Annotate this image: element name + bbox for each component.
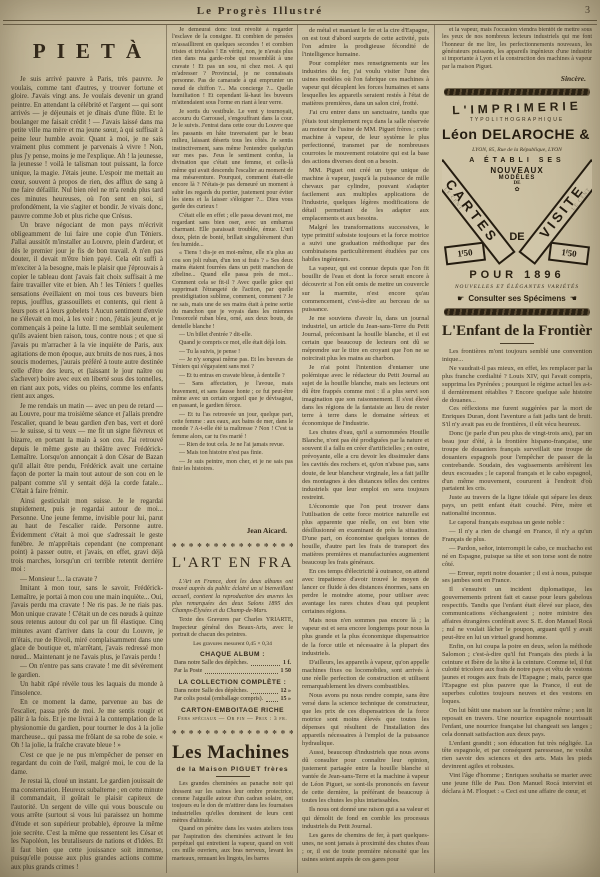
paragraph: — Mais ton histoire n'est pas finie. <box>172 450 293 457</box>
paragraph: Les chutes d'eau, qu'il a surnommées Hou… <box>302 429 429 501</box>
article-title-machines: Les Machines à Vapeur <box>172 742 293 764</box>
paragraph: MM. Piguet ont créé un type unique de ma… <box>302 167 429 223</box>
pieta-continuation: Je demeurai donc tout révolté à regarder… <box>172 27 293 523</box>
engravings-size-note: Les gravures mesurent 0,45 × 0,34 <box>172 641 293 647</box>
machines-conclusion: et la vapeur, mais l'occasion viendra bi… <box>442 27 592 71</box>
paragraph: « Tiens ! dis-je en moi-même, elle n'a p… <box>172 250 293 331</box>
masthead-title: Le Progrès Illustré <box>120 5 400 17</box>
paragraph: Aussi, beaucoup d'industriels que nous a… <box>302 749 429 805</box>
paragraph: Je demeurai donc tout révolté à regarder… <box>172 27 293 108</box>
paragraph: La vapeur, qui est connue depuis que l'o… <box>302 265 429 313</box>
art-en-france-body: L'Art en France, dont les deux albums on… <box>172 579 293 639</box>
ornament-divider: ✻ ✻ ✻ ✻ ✻ ✻ ✻ ✻ ✻ ✻ ✻ ✻ ✻ ✻ ✻ ✻ ✻ ✻ <box>172 543 293 549</box>
ad-company-name: Léon DELAROCHE & Cⁱᵉ <box>442 126 592 143</box>
paragraph: de métal et maniant le fer et la cire d'… <box>302 27 429 59</box>
section-title-art-en-france: L'ART EN FRANCE <box>172 555 293 572</box>
paragraph: — Tu la suivis, je pense ! <box>172 349 293 356</box>
paragraph: Quand je compris ce mot, elle était déjà… <box>172 340 293 347</box>
ad-imprimerie-title: L'IMPRIMERIE <box>442 98 592 117</box>
ad-varietes: NOUVELLES ET ÉLÉGANTES VARIÉTÉS <box>442 284 592 290</box>
paragraph: — Je n'y songeai même pas. Et les buveur… <box>172 357 293 372</box>
paragraph: Quand on pénètre dans les vastes atelier… <box>172 826 293 863</box>
paragraph: Imitant à mon tour, sans le savoir, Fréd… <box>11 585 163 662</box>
cartes-de-vertex: DE <box>509 231 524 243</box>
newspaper-page: Le Progrès Illustré 3 PIETÀ Je suis arri… <box>0 0 600 877</box>
column-2: Je demeurai donc tout révolté à regarder… <box>172 27 293 875</box>
paragraph: Un habit râpé révèle tous les laquais du… <box>11 681 163 698</box>
price-tag-left: 1ᶠ50 <box>444 242 486 266</box>
paragraph: Ainsi gesticulait mon suisse. Je le rega… <box>11 498 163 575</box>
paragraph: J'ai cru entrer dans un sanctuaire, tand… <box>302 109 429 165</box>
price-table-album: Dans notre Salle des dépêches.1 f.Par la… <box>172 660 293 675</box>
paragraph: Mais nous n'en sommes pas encore là ; la… <box>302 617 429 657</box>
printer-ad: L'IMPRIMERIE TYPOLITHOGRAPHIQUE Léon DEL… <box>442 101 592 303</box>
article-title-enfant-frontiere: L'Enfant de la Frontière <box>442 323 592 340</box>
paragraph: — Je suis peintre, mon cher, et je ne sa… <box>172 459 293 474</box>
paragraph: L'Art en France, dont les deux albums on… <box>172 579 293 615</box>
paragraph: — Sans affectation, je l'avoue, mais bra… <box>172 381 293 410</box>
article-title-pieta: PIETÀ <box>11 39 163 64</box>
ad-consulter-row: ☛ Consulter ses Spécimens ☚ <box>442 294 592 303</box>
paragraph: et la vapeur, mais l'occasion viendra bi… <box>442 27 592 71</box>
braid-divider <box>444 309 590 315</box>
paragraph: Ne vaudrait-il pas mieux, en effet, les … <box>442 365 592 405</box>
paragraph: Je me rendais un matin — avec un peu de … <box>11 403 163 497</box>
price-row: Par colis postal (emballage compris).15 … <box>174 696 291 704</box>
paragraph: Malgré les transformations successives, … <box>302 224 429 264</box>
paragraph: — Monsieur !... la cravate ? <box>11 576 163 585</box>
paragraph: — Et tu l'as retrouvée un jour, quelque … <box>172 412 293 441</box>
carton-heading: CARTON-EMBOITAGE RICHE <box>172 707 293 714</box>
paragraph: Ces réflexions me furent suggérées par l… <box>442 405 592 429</box>
paragraph: Donc (je parle d'un peu plus de vingt-tr… <box>442 430 592 493</box>
paragraph: En ce moment la dame, parvenue au bas de… <box>11 699 163 750</box>
paragraph: L'enfant grandit ; son éducation fut trè… <box>442 740 592 772</box>
machines-intro: Les grandes cheminées au panache noir qu… <box>172 781 293 863</box>
cartes-de-visite-art: NOUVEAUX MODÈLES DE ✿ LE CENT LE CENT CA… <box>442 167 592 264</box>
paragraph: L'économie que l'on peut trouver dans l'… <box>302 503 429 567</box>
machines-subtitle: de la Maison PIGUET frères <box>172 766 293 773</box>
price-table-collection: Dans notre Salle des dépêches.12 »Par co… <box>172 688 293 703</box>
ad-pour-1896: POUR 1896 <box>442 269 592 281</box>
paragraph: — Et tu entras en cravate bleue, à dente… <box>172 373 293 380</box>
paragraph: Enfin, on lui coupa la poire en deux, se… <box>442 643 592 706</box>
masthead-rule <box>3 20 597 25</box>
paragraph: On lui bâtit une maison sur la frontière… <box>442 707 592 739</box>
price-row: Par la Poste1 50 <box>174 668 291 676</box>
paragraph: Je restai là, cloué un instant. Le gardi… <box>11 778 163 872</box>
paragraph: — On n'entre pas sans cravate ! me dit s… <box>11 663 163 680</box>
paragraph: D'ailleurs, les appareils à vapeur, qu'o… <box>302 659 429 691</box>
serial-body: Les frontières m'ont toujours semblé une… <box>442 348 592 796</box>
paragraph: Je n'ai point l'intention d'entamer une … <box>302 364 429 428</box>
paragraph: Je me souviens d'avoir lu, dans un journ… <box>302 315 429 363</box>
column-rule <box>297 25 298 873</box>
divider <box>216 776 250 777</box>
pointing-hand-left-icon: ☚ <box>570 294 577 303</box>
column-4: et la vapeur, mais l'occasion viendra bi… <box>442 27 592 875</box>
paragraph: Les grandes cheminées au panache noir qu… <box>172 781 293 825</box>
paragraph: Les gares de chemins de fer, à part quel… <box>302 832 429 864</box>
column-3: de métal et maniant le fer et la cire d'… <box>302 27 429 875</box>
ad-address: LYON, 85, Rue de la République, LYON <box>442 147 592 153</box>
paragraph: Pour compléter mes renseignements sur le… <box>302 60 429 108</box>
pointing-hand-right-icon: ☛ <box>457 294 464 303</box>
price-tag-right: 1ᶠ50 <box>548 242 590 266</box>
braid-divider <box>444 89 590 95</box>
machines-body: de métal et maniant le fer et la cire d'… <box>302 27 429 864</box>
paragraph: — Un billet d'entrée ? dit-elle. <box>172 332 293 339</box>
paragraph: C'est ce que je ne pus m'empêcher de pen… <box>11 752 163 778</box>
column-1: PIETÀ Je suis arrivé pauvre à Paris, trè… <box>11 27 163 875</box>
cartes-center-block: NOUVEAUX MODÈLES DE ✿ <box>442 166 592 193</box>
paragraph: C'était elle en effet ; elle passa devan… <box>172 213 293 250</box>
paragraph: Il s'ensuivit un incident diplomatique, … <box>442 586 592 641</box>
cartes-nouveaux: NOUVEAUX <box>442 166 592 175</box>
paragraph: Je suis arrivé pauvre à Paris, très pauv… <box>11 76 163 221</box>
column-rule <box>166 25 167 873</box>
price-row: Dans notre Salle des dépêches.1 f. <box>174 660 291 668</box>
paragraph: Les frontières m'ont toujours semblé une… <box>442 348 592 364</box>
floret-icon: ✿ <box>442 186 592 193</box>
price-row: Dans notre Salle des dépêches.12 » <box>174 688 291 696</box>
paragraph: Le caporal français esquissa un geste no… <box>442 519 592 527</box>
ad-typolithographique: TYPOLITHOGRAPHIQUE <box>442 117 592 123</box>
paragraph: Un brave négociant de mon pays m'écrivit… <box>11 222 163 401</box>
ornament-divider: ✻ ✻ ✻ ✻ ✻ ✻ ✻ ✻ ✻ ✻ ✻ ✻ ✻ ✻ ✻ ✻ ✻ ✻ <box>172 730 293 736</box>
price-heading-album: CHAQUE ALBUM : <box>172 651 293 658</box>
divider <box>500 343 534 344</box>
pieta-body: Je suis arrivé pauvre à Paris, très pauv… <box>11 76 163 872</box>
author-signature: Jean Aicard. <box>172 526 287 535</box>
paragraph: En ces temps d'électricité à outrance, o… <box>302 568 429 616</box>
paragraph: Nous avons pu nous rendre compte, sans ê… <box>302 692 429 748</box>
paragraph: — Pardon, señor, interrompit le cabo, ce… <box>442 545 592 569</box>
ad-etabli-ses: A ÉTABLI SES <box>442 157 592 164</box>
ad-consulter-text: Consulter ses Spécimens <box>468 294 565 303</box>
paragraph: Je sortis du vestibule. Le vent y tourno… <box>172 109 293 212</box>
paragraph: Texte des Gravures par Charles YRIARTE, … <box>172 617 293 639</box>
paragraph: — Il n'y a rien de changé en France, il … <box>442 528 592 544</box>
carton-note: Fers spéciaux — Or fin — Prix : 3 fr. <box>172 716 293 722</box>
paragraph: Ils nous ont donné une raison qui a sa v… <box>302 806 429 830</box>
paragraph: — Erreur, reprit notre douanier ; il est… <box>442 570 592 586</box>
machines-signature: Sincère. <box>442 74 586 83</box>
page-number: 3 <box>585 5 590 16</box>
paragraph: Juste au travers de la ligne idéale qui … <box>442 494 592 518</box>
paragraph: Vint l'âge d'homme ; Enriques souhaita s… <box>442 772 592 796</box>
paragraph: — Rien de tout cela. Je ne l'ai jamais r… <box>172 442 293 449</box>
column-rule <box>434 25 435 873</box>
price-heading-collection: LA COLLECTION COMPLÈTE : <box>172 679 293 686</box>
